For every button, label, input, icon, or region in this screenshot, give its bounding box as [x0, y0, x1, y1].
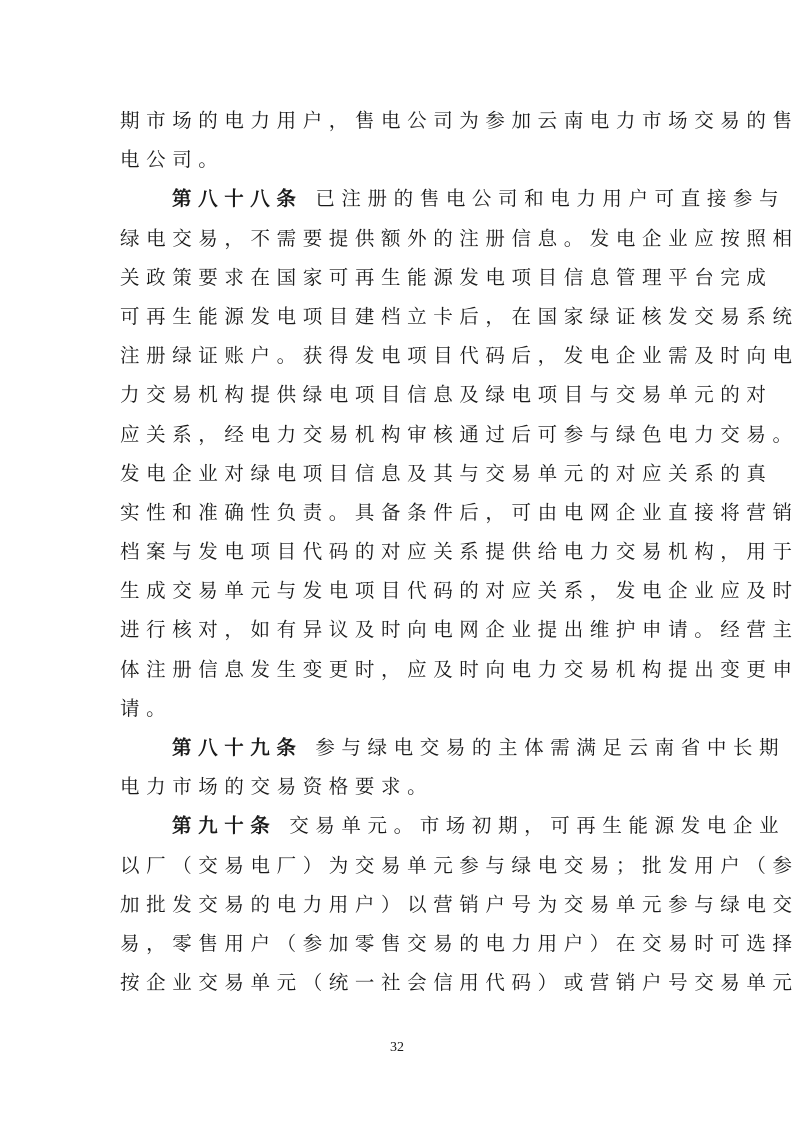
article-number: 第九十条: [172, 814, 276, 837]
text-line: 应关系，经电力交易机构审核通过后可参与绿色电力交易。: [120, 415, 676, 454]
text-line: 电力市场的交易资格要求。: [120, 767, 676, 806]
text-line: 进行核对，如有异议及时向电网企业提出维护申请。经营主: [120, 610, 676, 649]
text-line: 以厂（交易电厂）为交易单元参与绿电交易；批发用户（参: [120, 846, 676, 885]
paragraph-continuation: 期市场的电力用户，售电公司为参加云南电力市场交易的售 电公司。: [120, 101, 676, 179]
article-number: 第八十八条: [172, 187, 303, 210]
article-number: 第八十九条: [172, 736, 303, 759]
article-first-line: 第八十九条 参与绿电交易的主体需满足云南省中长期: [120, 728, 676, 767]
article-first-line: 第八十八条 已注册的售电公司和电力用户可直接参与: [120, 179, 676, 218]
text-line: 按企业交易单元（统一社会信用代码）或营销户号交易单元: [120, 963, 676, 1002]
page-number: 32: [0, 1040, 794, 1056]
text-line: 可再生能源发电项目建档立卡后，在国家绿证核发交易系统: [120, 297, 676, 336]
text-line: 电公司。: [120, 140, 676, 179]
text-line: 发电企业对绿电项目信息及其与交易单元的对应关系的真: [120, 454, 676, 493]
text-run: 已注册的售电公司和电力用户可直接参与: [303, 187, 786, 210]
article-88: 第八十八条 已注册的售电公司和电力用户可直接参与 绿电交易，不需要提供额外的注册…: [120, 179, 676, 728]
text-line: 力交易机构提供绿电项目信息及绿电项目与交易单元的对: [120, 375, 676, 414]
text-line: 加批发交易的电力用户）以营销户号为交易单元参与绿电交: [120, 885, 676, 924]
text-line: 档案与发电项目代码的对应关系提供给电力交易机构，用于: [120, 532, 676, 571]
article-90: 第九十条 交易单元。市场初期，可再生能源发电企业 以厂（交易电厂）为交易单元参与…: [120, 806, 676, 1002]
text-run: 参与绿电交易的主体需满足云南省中长期: [303, 736, 786, 759]
text-line: 易，零售用户（参加零售交易的电力用户）在交易时可选择: [120, 924, 676, 963]
text-line: 实性和准确性负责。具备条件后，可由电网企业直接将营销: [120, 493, 676, 532]
text-line: 生成交易单元与发电项目代码的对应关系，发电企业应及时: [120, 571, 676, 610]
document-page: 期市场的电力用户，售电公司为参加云南电力市场交易的售 电公司。 第八十八条 已注…: [0, 0, 794, 1123]
document-body: 期市场的电力用户，售电公司为参加云南电力市场交易的售 电公司。 第八十八条 已注…: [120, 101, 676, 1002]
article-first-line: 第九十条 交易单元。市场初期，可再生能源发电企业: [120, 806, 676, 845]
text-line: 注册绿证账户。获得发电项目代码后，发电企业需及时向电: [120, 336, 676, 375]
text-run: 交易单元。市场初期，可再生能源发电企业: [276, 814, 785, 837]
text-line: 体注册信息发生变更时，应及时向电力交易机构提出变更申: [120, 650, 676, 689]
text-line: 期市场的电力用户，售电公司为参加云南电力市场交易的售: [120, 101, 676, 140]
article-89: 第八十九条 参与绿电交易的主体需满足云南省中长期 电力市场的交易资格要求。: [120, 728, 676, 806]
text-line: 关政策要求在国家可再生能源发电项目信息管理平台完成: [120, 258, 676, 297]
text-line: 请。: [120, 689, 676, 728]
text-line: 绿电交易，不需要提供额外的注册信息。发电企业应按照相: [120, 219, 676, 258]
